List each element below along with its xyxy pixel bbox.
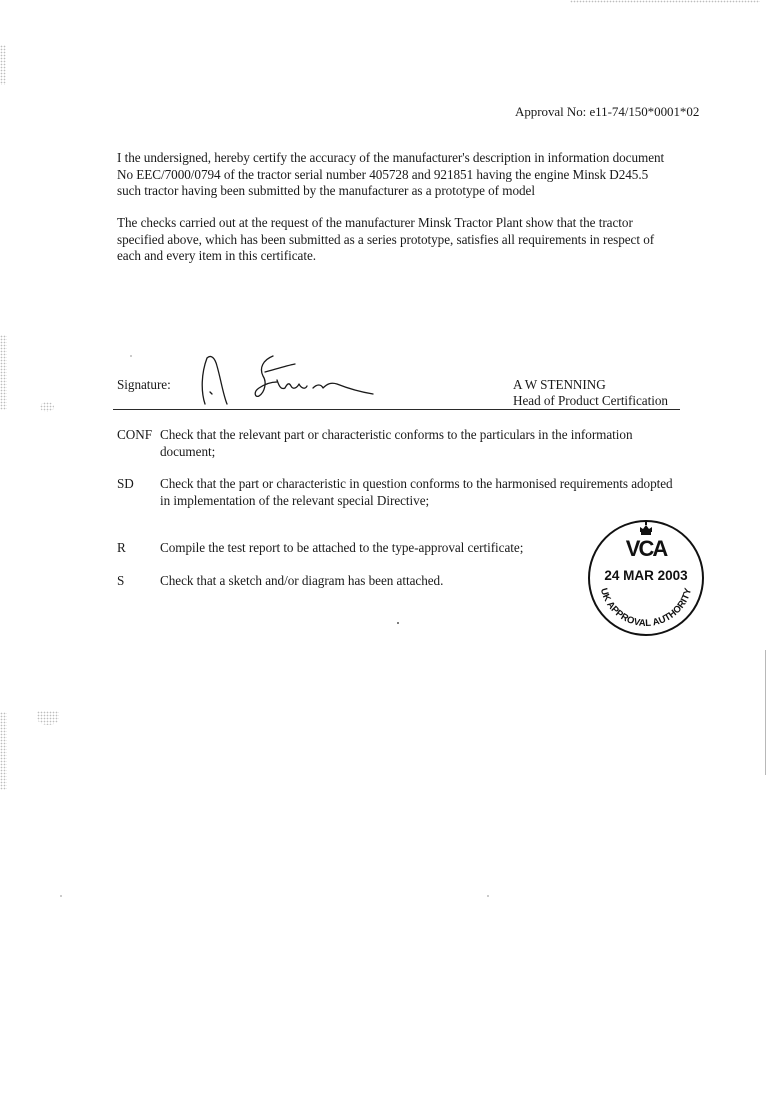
paragraph-line: specified above, which has been submitte… — [117, 232, 717, 249]
crown-icon — [640, 522, 652, 535]
scan-speck — [397, 622, 399, 624]
paragraph-line: each and every item in this certificate. — [117, 248, 717, 265]
legend-code-sd: SD — [117, 476, 134, 493]
scan-speck — [130, 355, 132, 357]
legend-code-s: S — [117, 573, 124, 590]
paragraph-line: such tractor having been submitted by th… — [117, 183, 717, 200]
stamp-logo: VCA — [626, 536, 669, 561]
certification-paragraph: I the undersigned, hereby certify the ac… — [117, 150, 717, 200]
paragraph-line: The checks carried out at the request of… — [117, 215, 717, 232]
checks-paragraph: The checks carried out at the request of… — [117, 215, 717, 265]
legend-text-sd: Check that the part or characteristic in… — [160, 476, 720, 509]
vca-approval-stamp: VCA 24 MAR 2003 UK APPROVAL AUTHORITY — [586, 518, 706, 638]
scan-speck — [487, 895, 489, 897]
signatory-name: A W STENNING — [513, 377, 606, 394]
paragraph-line: I the undersigned, hereby certify the ac… — [117, 150, 717, 167]
legend-line: document; — [160, 444, 720, 461]
scan-artifact-right-line — [765, 650, 766, 775]
approval-number: Approval No: e11-74/150*0001*02 — [515, 104, 699, 121]
legend-line: in implementation of the relevant specia… — [160, 493, 720, 510]
legend-line: Check that the part or characteristic in… — [160, 476, 720, 493]
scan-speck — [60, 895, 62, 897]
scan-artifact-left-mid — [0, 335, 7, 410]
signature-label: Signature: — [117, 377, 171, 394]
legend-line: Check that the relevant part or characte… — [160, 427, 720, 444]
handwritten-signature — [195, 352, 385, 408]
stamp-date: 24 MAR 2003 — [604, 568, 688, 583]
legend-code-r: R — [117, 540, 126, 557]
scan-artifact-top-right — [570, 0, 760, 3]
signatory-title: Head of Product Certification — [513, 393, 668, 410]
scan-artifact-left-low — [0, 712, 7, 790]
signature-divider — [113, 409, 680, 410]
scan-artifact-left-blob-2 — [37, 711, 59, 725]
certificate-page: Approval No: e11-74/150*0001*02 I the un… — [0, 0, 768, 1100]
scan-artifact-left-top — [0, 45, 6, 85]
legend-text-conf: Check that the relevant part or characte… — [160, 427, 720, 460]
legend-code-conf: CONF — [117, 427, 152, 444]
paragraph-line: No EEC/7000/0794 of the tractor serial n… — [117, 167, 717, 184]
scan-artifact-left-blob — [40, 402, 54, 412]
